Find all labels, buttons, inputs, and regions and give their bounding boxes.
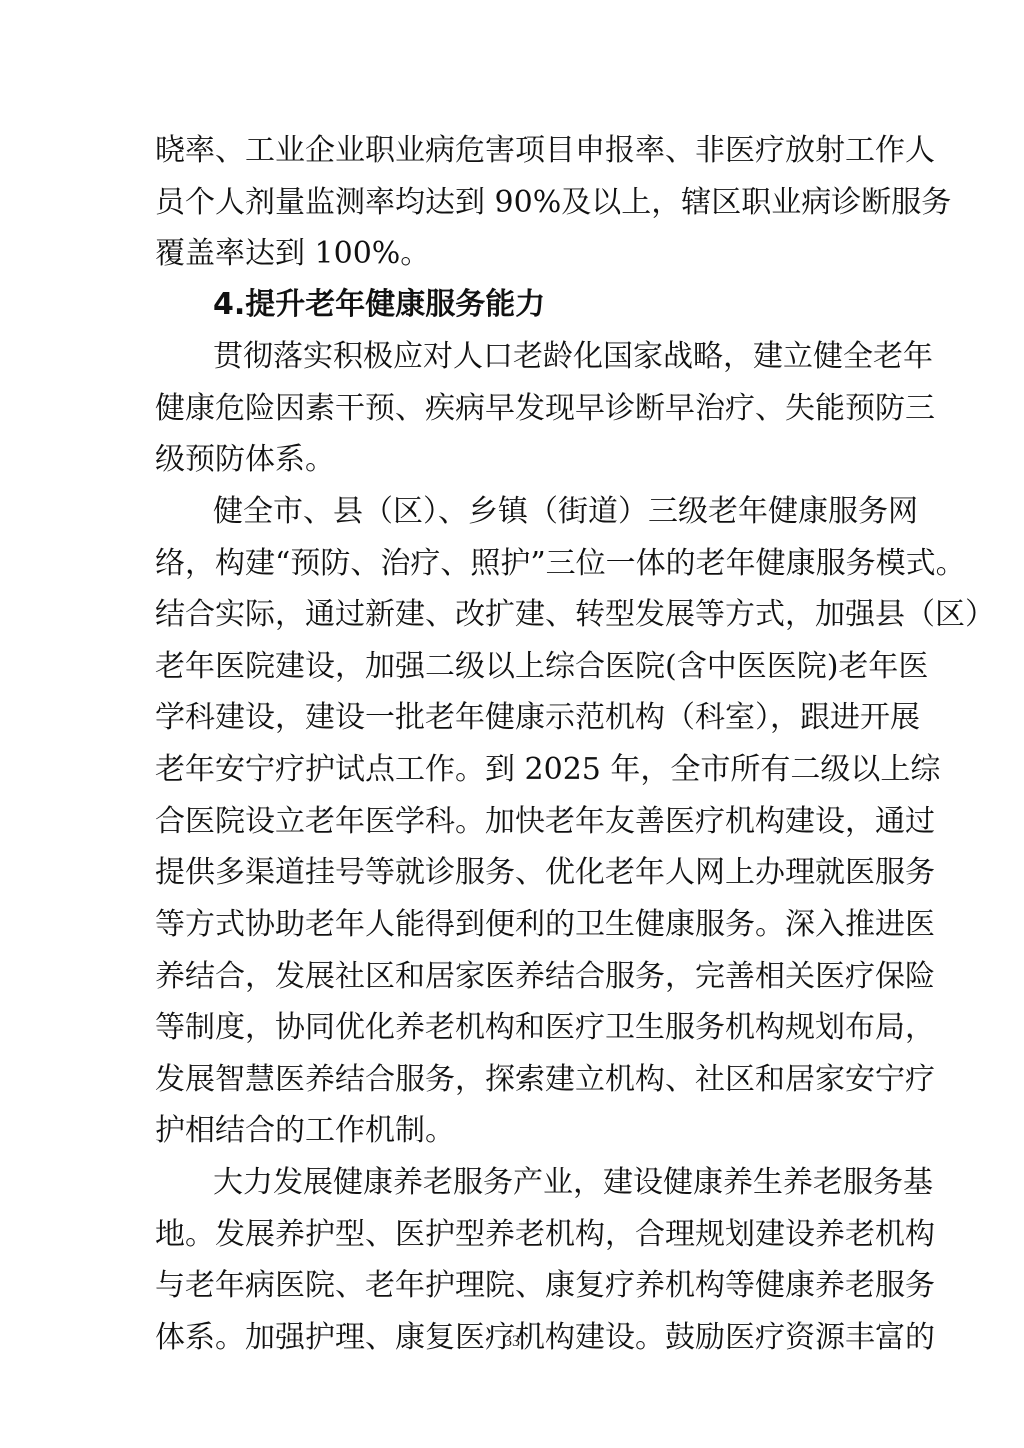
text-line: 大力发展健康养老服务产业，建设健康养生养老服务基 <box>213 1163 870 1203</box>
text-line: 护相结合的工作机制。 <box>155 1111 870 1151</box>
text-line: 合医院设立老年医学科。加快老年友善医疗机构建设，通过 <box>155 802 870 842</box>
text-line: 贯彻落实积极应对人口老龄化国家战略，建立健全老年 <box>213 337 870 377</box>
text-line: 发展智慧医养结合服务，探索建立机构、社区和居家安宁疗 <box>155 1060 870 1100</box>
text-line: 老年安宁疗护试点工作。到 2025 年，全市所有二级以上综 <box>155 750 870 790</box>
text-line: 晓率、工业企业职业病危害项目申报率、非医疗放射工作人 <box>155 131 870 171</box>
text-line: 健康危险因素干预、疾病早发现早诊断早治疗、失能预防三 <box>155 389 870 429</box>
text-line: 结合实际，通过新建、改扩建、转型发展等方式，加强县（区） <box>155 595 870 635</box>
page-number: 33 <box>0 1333 1024 1351</box>
text-line: 级预防体系。 <box>155 440 870 480</box>
text-line: 健全市、县（区）、乡镇（街道）三级老年健康服务网 <box>213 492 870 532</box>
text-line: 学科建设，建设一批老年健康示范机构（科室），跟进开展 <box>155 698 870 738</box>
text-line: 覆盖率达到 100%。 <box>155 234 870 274</box>
text-line: 络，构建“预防、治疗、照护”三位一体的老年健康服务模式。 <box>155 544 870 584</box>
text-line: 老年医院建设，加强二级以上综合医院(含中医医院)老年医 <box>155 647 870 687</box>
text-line: 与老年病医院、老年护理院、康复疗养机构等健康养老服务 <box>155 1266 870 1306</box>
document-page: 晓率、工业企业职业病危害项目申报率、非医疗放射工作人员个人剂量监测率均达到 90… <box>0 0 1024 1448</box>
text-line: 等方式协助老年人能得到便利的卫生健康服务。深入推进医 <box>155 905 870 945</box>
text-line: 员个人剂量监测率均达到 90%及以上，辖区职业病诊断服务 <box>155 183 870 223</box>
text-line: 等制度，协同优化养老机构和医疗卫生服务机构规划布局， <box>155 1008 870 1048</box>
text-line: 养结合，发展社区和居家医养结合服务，完善相关医疗保险 <box>155 957 870 997</box>
section-heading: 4.提升老年健康服务能力 <box>213 285 545 325</box>
text-line: 提供多渠道挂号等就诊服务、优化老年人网上办理就医服务 <box>155 853 870 893</box>
text-line: 地。发展养护型、医护型养老机构，合理规划建设养老机构 <box>155 1215 870 1255</box>
